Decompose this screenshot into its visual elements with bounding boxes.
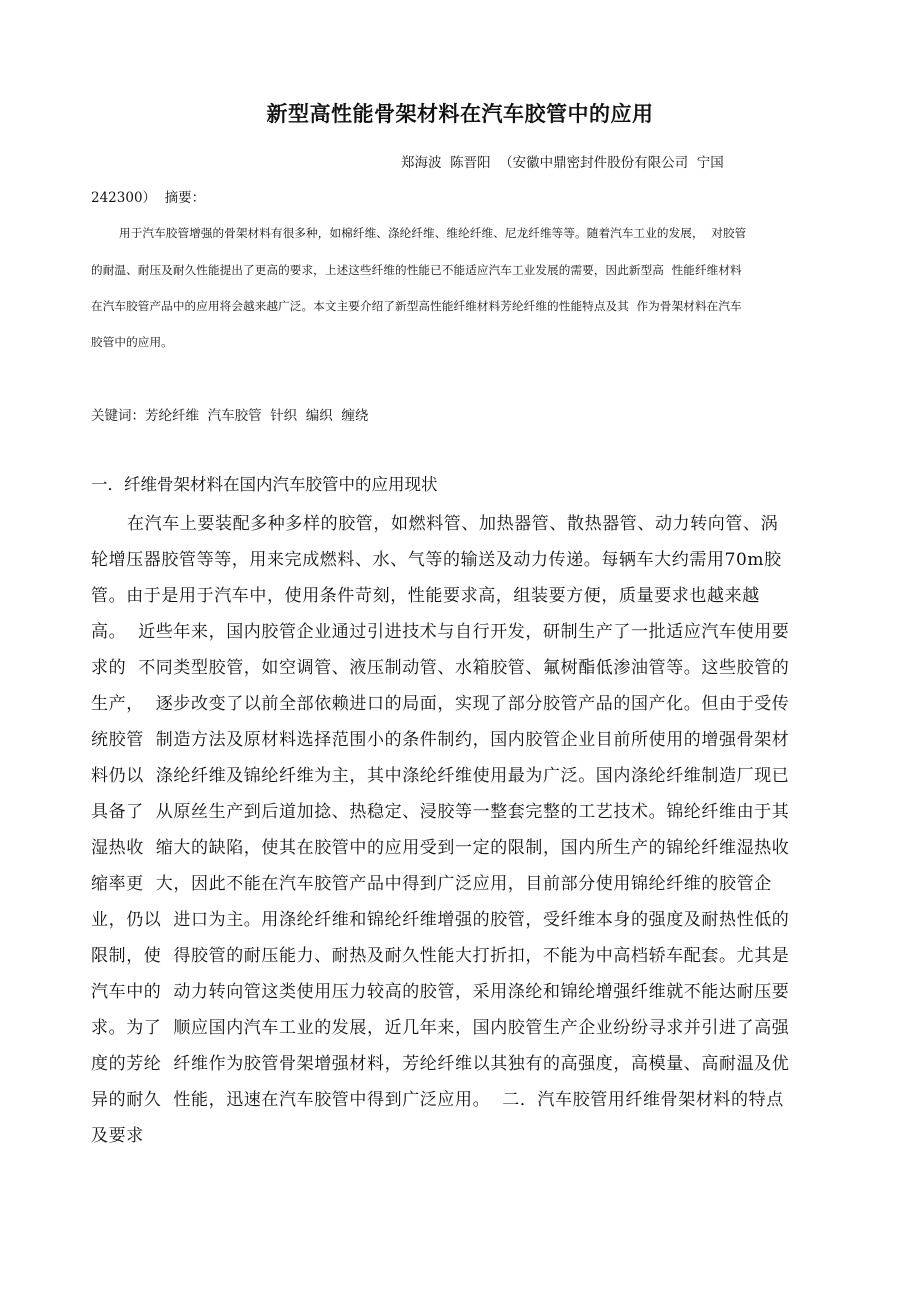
body-line: 及要求	[91, 1121, 144, 1146]
body-line: 在汽车上要装配多种多样的胶管，如燃料管、加热器管、散热器管、动力转向管、涡	[127, 509, 778, 534]
body-line: 管。由于是用于汽车中，使用条件苛刻，性能要求高，组装要方便，质量要求也越来越	[91, 581, 760, 606]
body-line: 求。为了 顺应国内汽车工业的发展，近几年来，国内胶管生产企业纷纷寻求并引进了高强	[91, 1013, 789, 1038]
abstract-line: 胶管中的应用。	[91, 334, 173, 350]
abstract-line: 在汽车胶管产品中的应用将会越来越广泛。本文主要介绍了新型高性能纤维材料芳纶纤维的…	[91, 298, 742, 314]
body-line: 高。 近些年来，国内胶管企业通过引进技术与自行开发，研制生产了一批适应汽车使用要	[91, 617, 789, 642]
body-line: 轮增压器胶管等等，用来完成燃料、水、气等的输送及动力传递。每辆车大约需用70m胶	[91, 545, 782, 570]
body-line: 汽车中的 动力转向管这类使用压力较高的胶管，采用涤纶和锦纶增强纤维就不能达耐压要	[91, 977, 789, 1002]
body-line: 度的芳纶 纤维作为胶管骨架增强材料，芳纶纤维以其独有的高强度，高模量、高耐温及优	[91, 1049, 789, 1074]
body-line: 限制，使 得胶管的耐压能力、耐热及耐久性能大打折扣，不能为中高档轿车配套。尤其是	[91, 941, 789, 966]
body-line: 求的 不同类型胶管，如空调管、液压制动管、水箱胶管、氟树酯低渗油管等。这些胶管的	[91, 653, 789, 678]
body-line: 料仍以 涤纶纤维及锦纶纤维为主，其中涤纶纤维使用最为广泛。国内涤纶纤维制造厂现已	[91, 761, 789, 786]
body-line: 生产， 逐步改变了以前全部依赖进口的局面，实现了部分胶管产品的国产化。但由于受传	[91, 689, 789, 714]
body-line: 湿热收 缩大的缺陷，使其在胶管中的应用受到一定的限制，国内所生产的锦纶纤维湿热收	[91, 833, 789, 858]
document-title: 新型高性能骨架材料在汽车胶管中的应用	[0, 98, 920, 128]
body-line: 缩率更 大，因此不能在汽车胶管产品中得到广泛应用，目前部分使用锦纶纤维的胶管企	[91, 869, 772, 894]
abstract-heading: 242300） 摘要：	[91, 186, 205, 206]
body-line: 异的耐久 性能，迅速在汽车胶管中得到广泛应用。 二．汽车胶管用纤维骨架材料的特点	[91, 1085, 784, 1110]
body-line: 具备了 从原丝生产到后道加捻、热稳定、浸胶等一整套完整的工艺技术。锦纶纤维由于其	[91, 797, 789, 822]
keywords: 关键词：芳纶纤维 汽车胶管 针织 编织 缠绕	[91, 404, 368, 424]
section-heading: 一．纤维骨架材料在国内汽车胶管中的应用现状	[91, 471, 438, 495]
body-line: 统胶管 制造方法及原材料选择范围小的条件制约，国内胶管企业目前所使用的增强骨架材	[91, 725, 789, 750]
body-line: 业，仍以 进口为主。用涤纶纤维和锦纶纤维增强的胶管，受纤维本身的强度及耐热性低的	[91, 905, 789, 930]
abstract-line: 用于汽车胶管增强的骨架材料有很多种，如棉纤维、涤纶纤维、维纶纤维、尼龙纤维等等。…	[119, 225, 746, 241]
abstract-line: 的耐温、耐压及耐久性能提出了更高的要求，上述这些纤维的性能已不能适应汽车工业发展…	[91, 262, 742, 278]
authors-affiliation: 郑海波 陈晋阳 （安徽中鼎密封件股份有限公司 宁国	[401, 151, 724, 171]
